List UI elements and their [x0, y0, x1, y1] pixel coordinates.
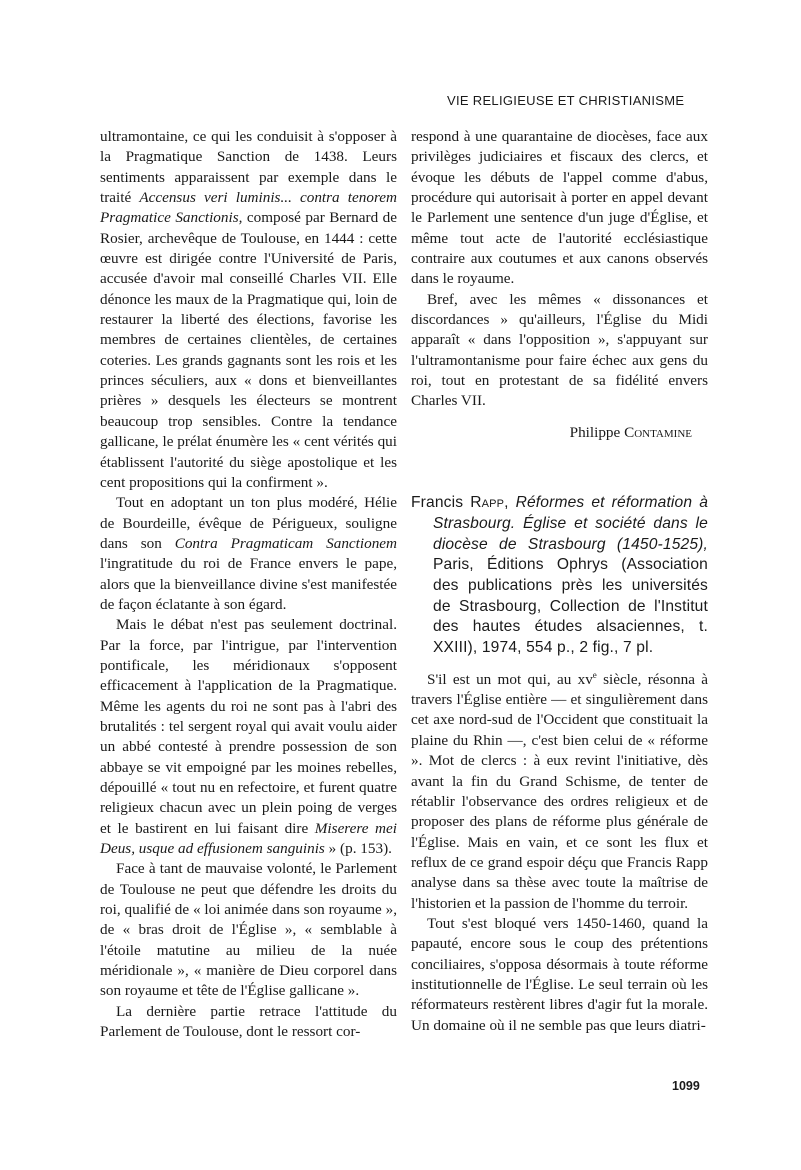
bibliographic-entry: Francis Rapp, Réformes et réformation à … [411, 493, 708, 659]
paragraph: La dernière partie retrace l'attitude du… [100, 1002, 397, 1043]
paragraph: Tout s'est bloqué vers 1450-1460, quand … [411, 914, 708, 1036]
review-signature: Philippe Contamine [411, 423, 708, 443]
paragraph: Bref, avec les mêmes « dissonances et di… [411, 290, 708, 412]
paragraph: respond à une quarantaine de diocèses, f… [411, 127, 708, 290]
text: S'il est un mot qui, au [427, 671, 578, 688]
paragraph: Tout en adoptant un ton plus modéré, Hél… [100, 493, 397, 615]
text: Mais le débat n'est pas seulement doctri… [100, 616, 397, 836]
paragraph: Face à tant de mauvaise volonté, le Parl… [100, 859, 397, 1001]
paragraph: S'il est un mot qui, au xve siècle, réso… [411, 670, 708, 914]
century-numeral: xv [578, 671, 593, 688]
text: composé par Bernard de Rosier, archevêqu… [100, 209, 397, 490]
work-title: Contra Pragmaticam Sanctionem [175, 535, 397, 552]
text: l'ingratitude du roi de France envers le… [100, 555, 397, 613]
paragraph: ultramontaine, ce qui les conduisit à s'… [100, 127, 397, 493]
author-last-name: Rapp [470, 494, 504, 511]
running-head: VIE RELIGIEUSE ET CHRISTIANISME [447, 93, 707, 108]
left-column: ultramontaine, ce qui les conduisit à s'… [100, 127, 397, 1042]
signature-first-name: Philippe [570, 424, 624, 441]
publication-details: Paris, Éditions Ophrys (Association des … [433, 556, 708, 656]
signature-last-name: Contamine [624, 424, 692, 441]
page-number: 1099 [672, 1079, 700, 1093]
right-column: respond à une quarantaine de diocèses, f… [411, 127, 708, 1036]
separator: , [504, 494, 516, 511]
text: » (p. 153). [325, 840, 392, 857]
text: siècle, résonna à travers l'Église entiè… [411, 671, 708, 912]
author-first-name: Francis [411, 494, 470, 511]
paragraph: Mais le débat n'est pas seulement doctri… [100, 615, 397, 859]
